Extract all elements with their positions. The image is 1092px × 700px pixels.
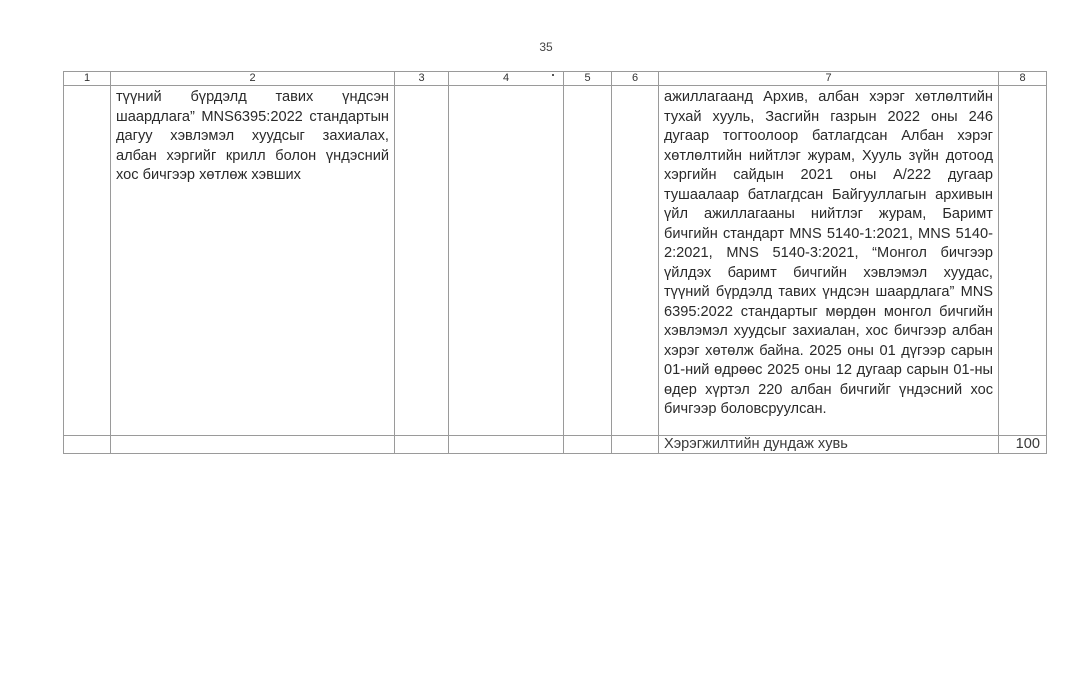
cell-col-5 — [564, 86, 612, 436]
cell-col-4 — [449, 86, 564, 436]
cell-col-7: ажиллагаанд Архив, албан хэрэг хөтлөлтий… — [659, 86, 999, 436]
footer-cell-2 — [111, 436, 395, 454]
table-footer-row: Хэрэгжилтийн дундаж хувь 100 — [64, 436, 1047, 454]
header-col-2: 2 — [111, 72, 395, 86]
header-col-4: 4 — [449, 72, 564, 86]
cell-col-8 — [999, 86, 1047, 436]
cell-col-6 — [612, 86, 659, 436]
table-row: түүний бүрдэлд тавих үндсэн шаардлага” M… — [64, 86, 1047, 436]
footer-cell-3 — [395, 436, 449, 454]
footer-cell-4 — [449, 436, 564, 454]
table-header-row: 1 2 3 4 5 6 7 8 — [64, 72, 1047, 86]
implementation-description: ажиллагаанд Архив, албан хэрэг хөтлөлтий… — [659, 86, 998, 420]
header-col-7: 7 — [659, 72, 999, 86]
header-col-8: 8 — [999, 72, 1047, 86]
cell-col-1 — [64, 86, 111, 436]
header-col-5: 5 — [564, 72, 612, 86]
footer-cell-5 — [564, 436, 612, 454]
cell-col-3 — [395, 86, 449, 436]
footer-cell-6 — [612, 436, 659, 454]
cell-col-2: түүний бүрдэлд тавих үндсэн шаардлага” M… — [111, 86, 395, 436]
average-implementation-label: Хэрэгжилтийн дундаж хувь — [659, 436, 998, 453]
footer-label-cell: Хэрэгжилтийн дундаж хувь — [659, 436, 999, 454]
page-number: 35 — [0, 40, 1092, 54]
header-col-6: 6 — [612, 72, 659, 86]
footer-value-cell: 100 — [999, 436, 1047, 454]
header-col-3: 3 — [395, 72, 449, 86]
average-implementation-value: 100 — [999, 436, 1046, 453]
footer-cell-1 — [64, 436, 111, 454]
task-description: түүний бүрдэлд тавих үндсэн шаардлага” M… — [111, 86, 394, 186]
header-col-1: 1 — [64, 72, 111, 86]
report-table: 1 2 3 4 5 6 7 8 түүний бүрдэлд тавих үнд… — [63, 71, 1047, 454]
